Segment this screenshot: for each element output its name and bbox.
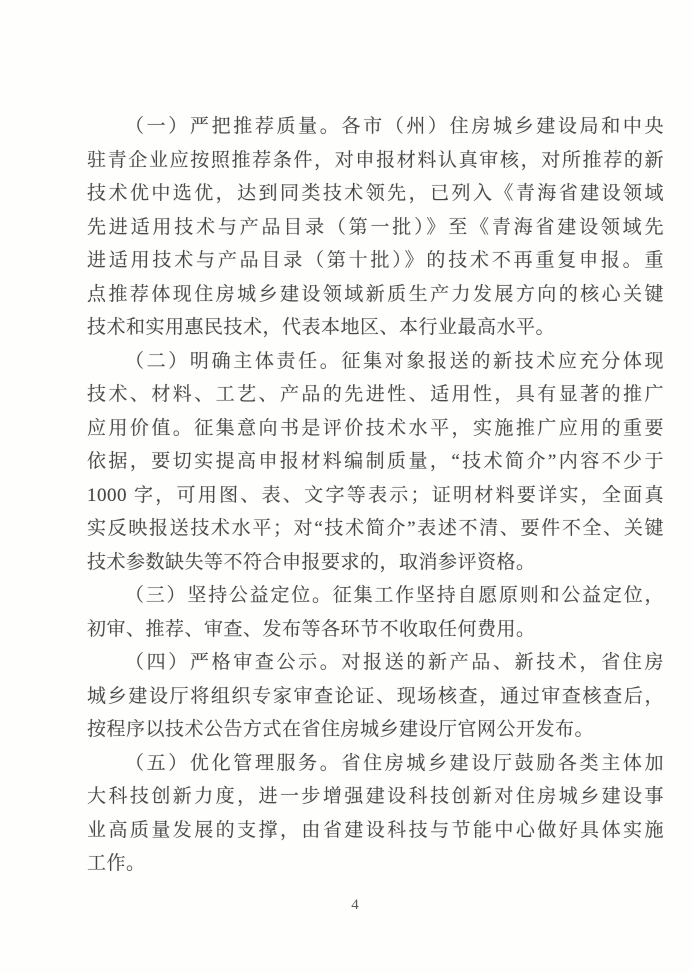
text-line: 技术、材料、工艺、产品的先进性、适用性，具有显著的推广 bbox=[87, 378, 664, 412]
text-line: 初审、推荐、审查、发布等各环节不收取任何费用。 bbox=[87, 613, 664, 647]
text-line: 实反映报送技术水平；对“技术简介”表述不清、要件不全、关键 bbox=[87, 512, 664, 546]
text-line: （三）坚持公益定位。征集工作坚持自愿原则和公益定位， bbox=[87, 579, 664, 613]
text-line: 依据，要切实提高申报材料编制质量，“技术简介”内容不少于 bbox=[87, 445, 664, 479]
text-line: 驻青企业应按照推荐条件，对申报材料认真审核，对所推荐的新 bbox=[87, 144, 664, 178]
text-line: 大科技创新力度，进一步增强建设科技创新对住房城乡建设事 bbox=[87, 780, 664, 814]
paragraph: （二）明确主体责任。征集对象报送的新技术应充分体现技术、材料、工艺、产品的先进性… bbox=[87, 345, 664, 580]
page-number: 4 bbox=[8, 894, 694, 916]
text-line: 按程序以技术公告方式在省住房城乡建设厅官网公开发布。 bbox=[87, 713, 664, 747]
text-line: （五）优化管理服务。省住房城乡建设厅鼓励各类主体加 bbox=[87, 747, 664, 781]
paragraph: （五）优化管理服务。省住房城乡建设厅鼓励各类主体加大科技创新力度，进一步增强建设… bbox=[87, 747, 664, 881]
text-line: 先进适用技术与产品目录（第一批）》至《青海省建设领域先 bbox=[87, 211, 664, 245]
text-line: 工作。 bbox=[87, 847, 664, 881]
text-line: 技术参数缺失等不符合申报要求的，取消参评资格。 bbox=[87, 546, 664, 580]
text-line: （二）明确主体责任。征集对象报送的新技术应充分体现 bbox=[87, 345, 664, 379]
text-line: 进适用技术与产品目录（第十批）》的技术不再重复申报。重 bbox=[87, 244, 664, 278]
text-line: 技术和实用惠民技术，代表本地区、本行业最高水平。 bbox=[87, 311, 664, 345]
paragraph: （一）严把推荐质量。各市（州）住房城乡建设局和中央驻青企业应按照推荐条件，对申报… bbox=[87, 110, 664, 345]
text-line: 技术优中选优，达到同类技术领先，已列入《青海省建设领域 bbox=[87, 177, 664, 211]
text-line: （四）严格审查公示。对报送的新产品、新技术，省住房 bbox=[87, 646, 664, 680]
document-page: （一）严把推荐质量。各市（州）住房城乡建设局和中央驻青企业应按照推荐条件，对申报… bbox=[0, 0, 694, 973]
text-line: 城乡建设厅将组织专家审查论证、现场核查，通过审查核查后， bbox=[87, 680, 664, 714]
text-line: 应用价值。征集意向书是评价技术水平，实施推广应用的重要 bbox=[87, 412, 664, 446]
paragraph: （四）严格审查公示。对报送的新产品、新技术，省住房城乡建设厅将组织专家审查论证、… bbox=[87, 646, 664, 747]
text-line: （一）严把推荐质量。各市（州）住房城乡建设局和中央 bbox=[87, 110, 664, 144]
document-body: （一）严把推荐质量。各市（州）住房城乡建设局和中央驻青企业应按照推荐条件，对申报… bbox=[87, 110, 664, 881]
paragraph: （三）坚持公益定位。征集工作坚持自愿原则和公益定位，初审、推荐、审查、发布等各环… bbox=[87, 579, 664, 646]
text-line: 1000 字，可用图、表、文字等表示；证明材料要详实，全面真 bbox=[87, 479, 664, 513]
text-line: 点推荐体现住房城乡建设领域新质生产力发展方向的核心关键 bbox=[87, 278, 664, 312]
text-line: 业高质量发展的支撑，由省建设科技与节能中心做好具体实施 bbox=[87, 814, 664, 848]
